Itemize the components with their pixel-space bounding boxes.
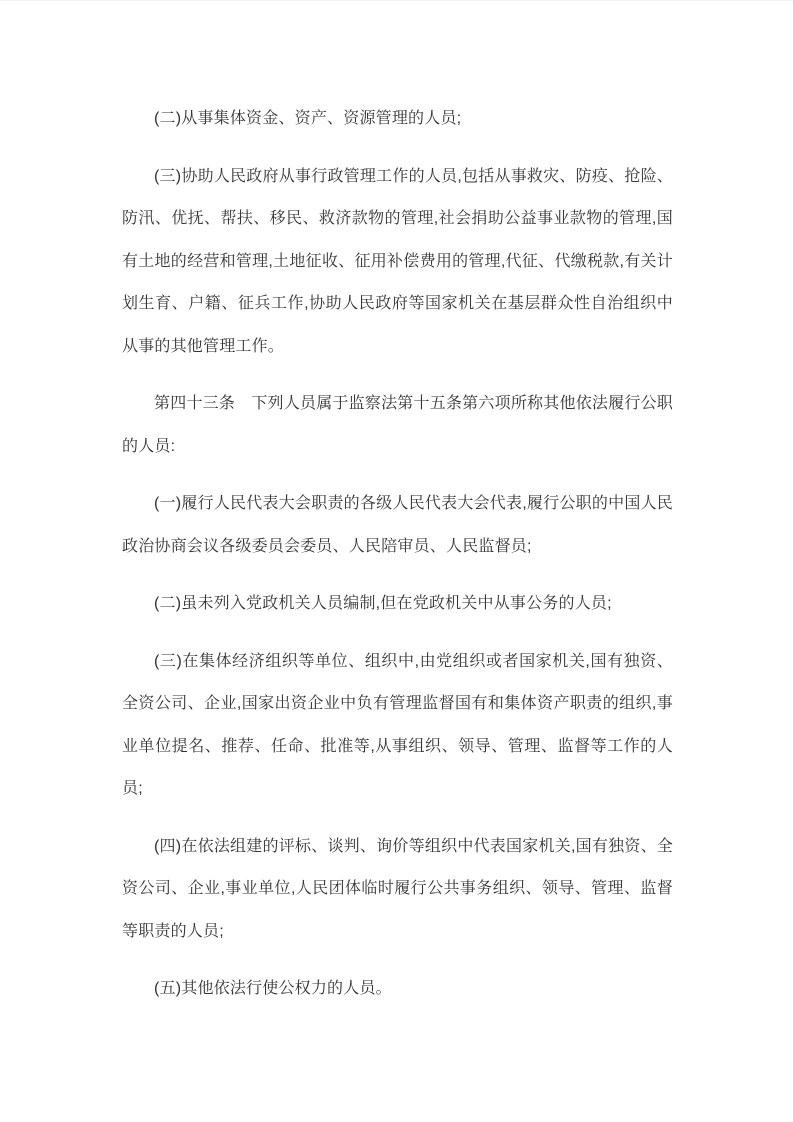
paragraph: (一)履行人民代表大会职责的各级人民代表大会代表,履行公职的中国人民政治协商会议… [122,483,673,568]
paragraph: (二)从事集体资金、资产、资源管理的人员; [122,98,673,141]
document-page: (二)从事集体资金、资产、资源管理的人员;(三)协助人民政府从事行政管理工作的人… [0,0,793,1122]
paragraph: 第四十三条 下列人员属于监察法第十五条第六项所称其他依法履行公职的人员: [122,383,673,468]
paragraph: (三)在集体经济组织等单位、组织中,由党组织或者国家机关,国有独资、全资公司、企… [122,641,673,811]
paragraph: (二)虽未列入党政机关人员编制,但在党政机关中从事公务的人员; [122,583,673,626]
paragraph: (三)协助人民政府从事行政管理工作的人员,包括从事救灾、防疫、抢险、防汛、优抚、… [122,156,673,369]
paragraph: (四)在依法组建的评标、谈判、询价等组织中代表国家机关,国有独资、全资公司、企业… [122,826,673,954]
document-body: (二)从事集体资金、资产、资源管理的人员;(三)协助人民政府从事行政管理工作的人… [122,98,673,1026]
paragraph: (五)其他依法行使公权力的人员。 [122,968,673,1011]
